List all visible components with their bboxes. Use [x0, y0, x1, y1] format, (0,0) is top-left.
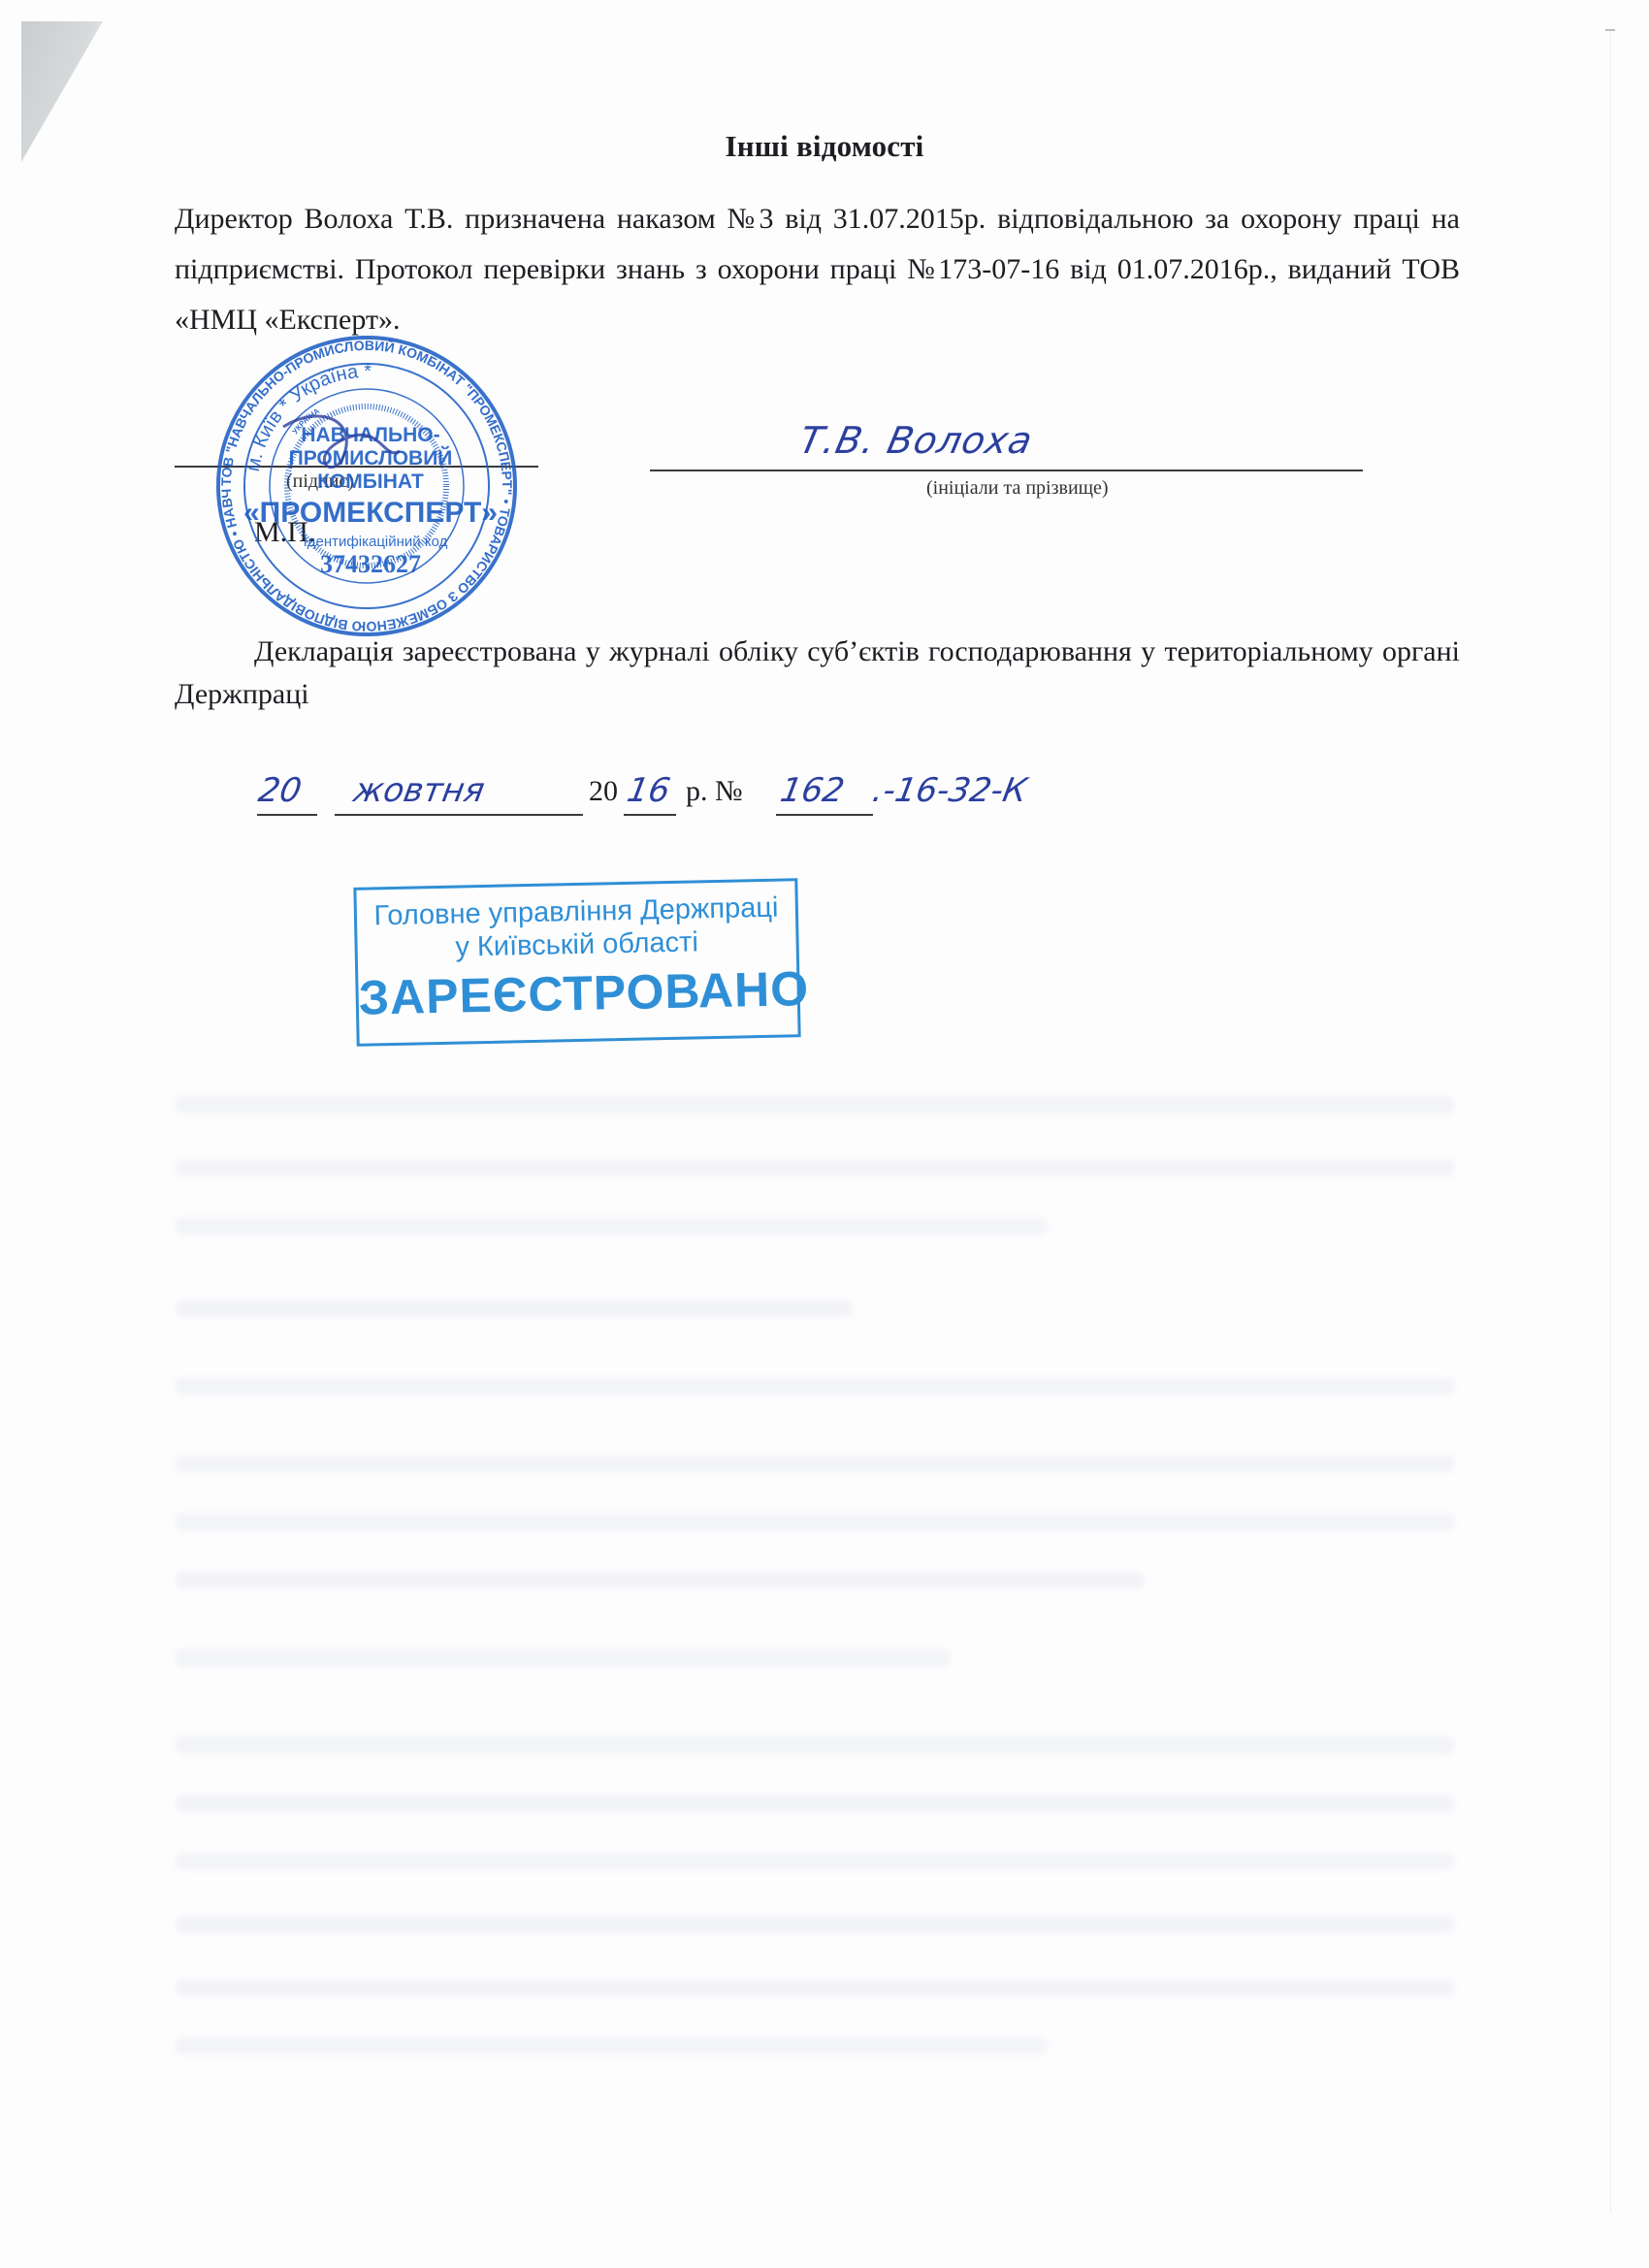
- responsibility-paragraph: Директор Волоха Т.В. призначена наказом …: [175, 194, 1460, 345]
- registration-stamp: Головне управління Держпраці у Київській…: [353, 878, 800, 1047]
- company-round-stamp: ТОВ "НАВЧАЛЬНО-ПРОМИСЛОВИЙ КОМБІНАТ "ПРО…: [215, 335, 518, 637]
- stamp-code-label: Ідентифікаційний код: [304, 534, 448, 550]
- reg-number-label: р. №: [686, 775, 743, 808]
- stamp-line2: ПРОМИСЛОВИЙ: [289, 446, 453, 470]
- reg-number: 162: [777, 771, 847, 810]
- reg-number-suffix: .-16-32-К: [869, 771, 1029, 810]
- page-title: Інші відомості: [0, 129, 1649, 164]
- handwritten-name: Т.В. Волоха: [795, 419, 1037, 462]
- reg-year-suffix: 16: [624, 771, 672, 810]
- name-caption: (ініціали та прізвище): [926, 477, 1109, 500]
- stamp-line1: НАВЧАЛЬНО-: [301, 424, 439, 446]
- registration-paragraph: Декларація зареєстрована у журналі облік…: [175, 631, 1460, 716]
- page-edge-mark: [1605, 29, 1615, 31]
- reg-stamp-status: ЗАРЕЄСТРОВАНО: [358, 962, 797, 1023]
- stamp-line3: КОМБІНАТ: [317, 470, 424, 493]
- name-line: [650, 470, 1363, 471]
- reg-year-prefix: 20: [589, 775, 618, 808]
- stamp-code: 37432627: [320, 550, 421, 578]
- stamp-company-name: «ПРОМЕКСПЕРТ»: [243, 497, 498, 529]
- reg-month: жовтня: [350, 771, 487, 810]
- reg-day: 20: [255, 771, 304, 810]
- page-edge: [1610, 29, 1611, 2212]
